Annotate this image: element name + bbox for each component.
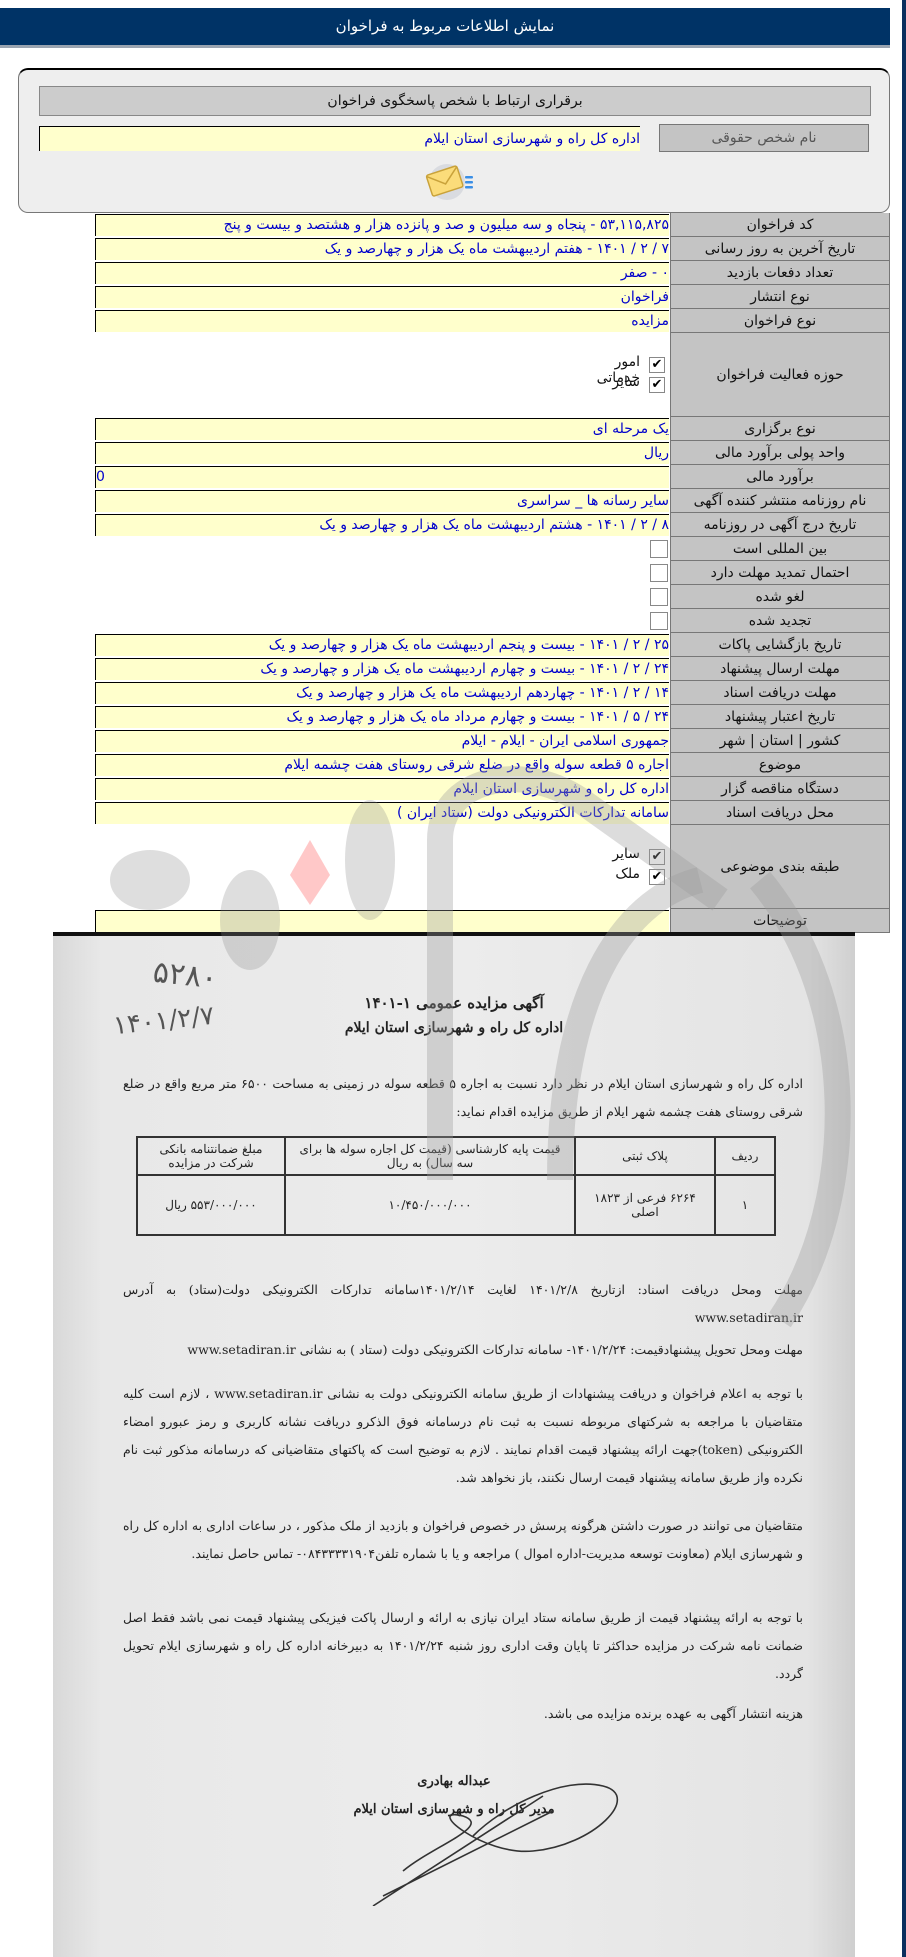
table-header: پلاک ثبتی (575, 1137, 715, 1175)
field-value: یک مرحله ای (95, 418, 669, 440)
field-value: سامانه تدارکات الکترونیکی دولت (ستاد ایر… (95, 802, 669, 824)
table-cell: ۶۲۶۴ فرعی از ۱۸۲۳ اصلی (575, 1175, 715, 1235)
field-value: ۸ / ۲ / ۱۴۰۱ - هشتم اردیبهشت ماه یک هزار… (95, 514, 669, 536)
field-label: حوزه فعالیت فراخوان (670, 333, 890, 417)
field-value: جمهوری اسلامی ایران - ایلام - ایلام (95, 730, 669, 752)
notice-para-submission: مهلت ومحل تحویل پیشنهادقیمت: ۱۴۰۱/۲/۲۴- … (123, 1336, 803, 1364)
table-header-row: ردیف پلاک ثبتی قیمت پایه کارشناسی (قیمت … (137, 1137, 775, 1175)
notice-para-registration: با توجه به اعلام فراخوان و دریافت پیشنها… (123, 1380, 803, 1492)
field-label: نوع فراخوان (670, 309, 890, 333)
field-value: 0 (95, 466, 669, 488)
field-label: لغو شده (670, 585, 890, 609)
field-label: محل دریافت اسناد (670, 801, 890, 825)
checkbox-extension[interactable] (650, 564, 668, 582)
field-label: نوع انتشار (670, 285, 890, 309)
contact-panel: برقراری ارتباط با شخص پاسخگوی فراخوان نا… (18, 68, 890, 213)
mail-send-icon[interactable] (423, 162, 479, 202)
field-label: توضیحات (670, 909, 890, 933)
field-value: اداره کل راه و شهرسازی استان ایلام (95, 778, 669, 800)
checkbox-cancelled[interactable] (650, 588, 668, 606)
notice-para-cost: هزینه انتشار آگهی به عهده برنده مزایده م… (123, 1700, 803, 1728)
field-label: تاریخ اعتبار پیشنهاد (670, 705, 890, 729)
signature-icon (343, 1756, 663, 1906)
field-value: ۰ - صفر (95, 262, 669, 284)
field-label: مهلت ارسال پیشنهاد (670, 657, 890, 681)
checkbox-renewed[interactable] (650, 612, 668, 630)
field-value: اجاره ۵ قطعه سوله واقع در ضلع شرقی روستا… (95, 754, 669, 776)
field-value: ۲۵ / ۲ / ۱۴۰۱ - بیست و پنجم اردیبهشت ماه… (95, 634, 669, 656)
notice-table: ردیف پلاک ثبتی قیمت پایه کارشناسی (قیمت … (136, 1136, 776, 1236)
page-header: نمایش اطلاعات مربوط به فراخوان (0, 8, 890, 48)
field-value: ۵۳,۱۱۵,۸۲۵ - پنجاه و سه میلیون و صد و پا… (95, 214, 669, 236)
field-label: تاریخ درج آگهی در روزنامه (670, 513, 890, 537)
field-label: کد فراخوان (670, 213, 890, 237)
notice-para-contact: متقاضیان می توانند در صورت داشتن هرگونه … (123, 1512, 803, 1568)
field-value: ۲۴ / ۵ / ۱۴۰۱ - بیست و چهارم مرداد ماه ی… (95, 706, 669, 728)
table-cell: ۵۵۳/۰۰۰/۰۰۰ ریال (137, 1175, 285, 1235)
field-label: برآورد مالی (670, 465, 890, 489)
field-value (95, 910, 669, 932)
field-value: مزایده (95, 310, 669, 332)
field-value: سایر رسانه ها _ سراسری (95, 490, 669, 512)
notice-title: آگهی مزایده عمومی ۱-۱۴۰۱ (53, 994, 855, 1012)
table-header: قیمت پایه کارشناسی (قیمت کل اجاره سوله ه… (285, 1137, 575, 1175)
table-cell: ۱ (715, 1175, 775, 1235)
notice-para-guarantee: با توجه به ارائه پیشنهاد قیمت از طریق سا… (123, 1604, 803, 1688)
field-value: ۷ / ۲ / ۱۴۰۱ - هفتم اردیبهشت ماه یک هزار… (95, 238, 669, 260)
notice-intro: اداره کل راه و شهرسازی استان ایلام در نظ… (123, 1070, 803, 1126)
checkbox-label: سایر (612, 374, 640, 390)
field-label: بین المللی است (670, 537, 890, 561)
checkbox-other[interactable]: ✔ (649, 377, 665, 393)
checkbox-category-other[interactable]: ✔ (649, 849, 665, 865)
checkbox-label: سایر (612, 846, 640, 862)
legal-person-value: اداره کل راه و شهرسازی استان ایلام (39, 126, 640, 151)
field-label: تاریخ آخرین به روز رسانی (670, 237, 890, 261)
field-label: واحد پولی برآورد مالی (670, 441, 890, 465)
field-label: مهلت دریافت اسناد (670, 681, 890, 705)
checkbox-international[interactable] (650, 540, 668, 558)
table-header: ردیف (715, 1137, 775, 1175)
table-row: ۱ ۶۲۶۴ فرعی از ۱۸۲۳ اصلی ۱۰/۴۵۰/۰۰۰/۰۰۰ … (137, 1175, 775, 1235)
field-label: تعداد دفعات بازدید (670, 261, 890, 285)
handwritten-number: ۵۲۸۰ (151, 955, 219, 997)
notice-para-docs: مهلت ومحل دریافت اسناد: ازتاریخ ۱۴۰۱/۲/۸… (123, 1276, 803, 1332)
contact-panel-title: برقراری ارتباط با شخص پاسخگوی فراخوان (39, 86, 871, 116)
field-value: ۲۴ / ۲ / ۱۴۰۱ - بیست و چهارم اردیبهشت ما… (95, 658, 669, 680)
field-value: فراخوان (95, 286, 669, 308)
field-label: کشور | استان | شهر (670, 729, 890, 753)
scanned-notice-image: ۵۲۸۰ ۱۴۰۱/۲/۷ آگهی مزایده عمومی ۱-۱۴۰۱ ا… (53, 932, 855, 1957)
field-value: ریال (95, 442, 669, 464)
field-label: نام روزنامه منتشر کننده آگهی (670, 489, 890, 513)
checkbox-services[interactable]: ✔ (649, 357, 665, 373)
field-label: دستگاه مناقصه گزار (670, 777, 890, 801)
notice-organization: اداره کل راه و شهرسازی استان ایلام (53, 1020, 855, 1036)
page-right-border (902, 0, 906, 1957)
table-cell: ۱۰/۴۵۰/۰۰۰/۰۰۰ (285, 1175, 575, 1235)
field-value: ۱۴ / ۲ / ۱۴۰۱ - چهاردهم اردیبهشت ماه یک … (95, 682, 669, 704)
field-label: احتمال تمدید مهلت دارد (670, 561, 890, 585)
field-label: تاریخ بازگشایی پاکات (670, 633, 890, 657)
legal-person-label: نام شخص حقوقی (659, 124, 869, 152)
checkbox-label: ملک (615, 866, 640, 882)
table-header: مبلغ ضمانتنامه بانکی شرکت در مزایده (137, 1137, 285, 1175)
field-label: طبقه بندی موضوعی (670, 825, 890, 909)
field-label: تجدید شده (670, 609, 890, 633)
checkbox-category-property[interactable]: ✔ (649, 869, 665, 885)
field-label: نوع برگزاری (670, 417, 890, 441)
field-label: موضوع (670, 753, 890, 777)
